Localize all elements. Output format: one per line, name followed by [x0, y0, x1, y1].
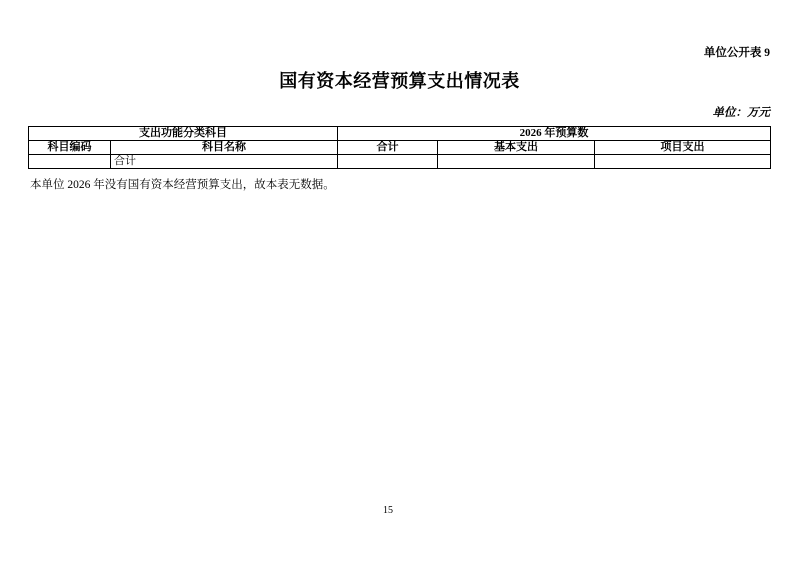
- corner-table-label: 单位公开表 9: [704, 44, 770, 60]
- no-data-note: 本单位 2026 年没有国有资本经营预算支出，故本表无数据。: [30, 176, 335, 192]
- header-budget-2026: 2026 年预算数: [338, 127, 771, 141]
- col-header-subject-name: 科目名称: [111, 141, 338, 155]
- col-header-subject-code: 科目编码: [29, 141, 111, 155]
- col-header-total: 合计: [338, 141, 438, 155]
- unit-label: 单位：万元: [713, 104, 771, 120]
- table-row: 合计: [29, 155, 771, 169]
- cell-subject-code: [29, 155, 111, 169]
- page-number: 15: [0, 505, 776, 516]
- col-header-project-expenditure: 项目支出: [595, 141, 771, 155]
- column-header-row: 科目编码 科目名称 合计 基本支出 项目支出: [29, 141, 771, 155]
- cell-subject-name: 合计: [111, 155, 338, 169]
- budget-table: 支出功能分类科目 2026 年预算数 科目编码 科目名称 合计 基本支出 项目支…: [28, 126, 771, 169]
- cell-basic-expenditure: [438, 155, 595, 169]
- header-function-classification: 支出功能分类科目: [29, 127, 338, 141]
- col-header-basic-expenditure: 基本支出: [438, 141, 595, 155]
- cell-total: [338, 155, 438, 169]
- document-page: 单位公开表 9 国有资本经营预算支出情况表 单位：万元 支出功能分类科目 202…: [0, 0, 799, 565]
- group-header-row: 支出功能分类科目 2026 年预算数: [29, 127, 771, 141]
- cell-project-expenditure: [595, 155, 771, 169]
- page-title: 国有资本经营预算支出情况表: [0, 67, 799, 93]
